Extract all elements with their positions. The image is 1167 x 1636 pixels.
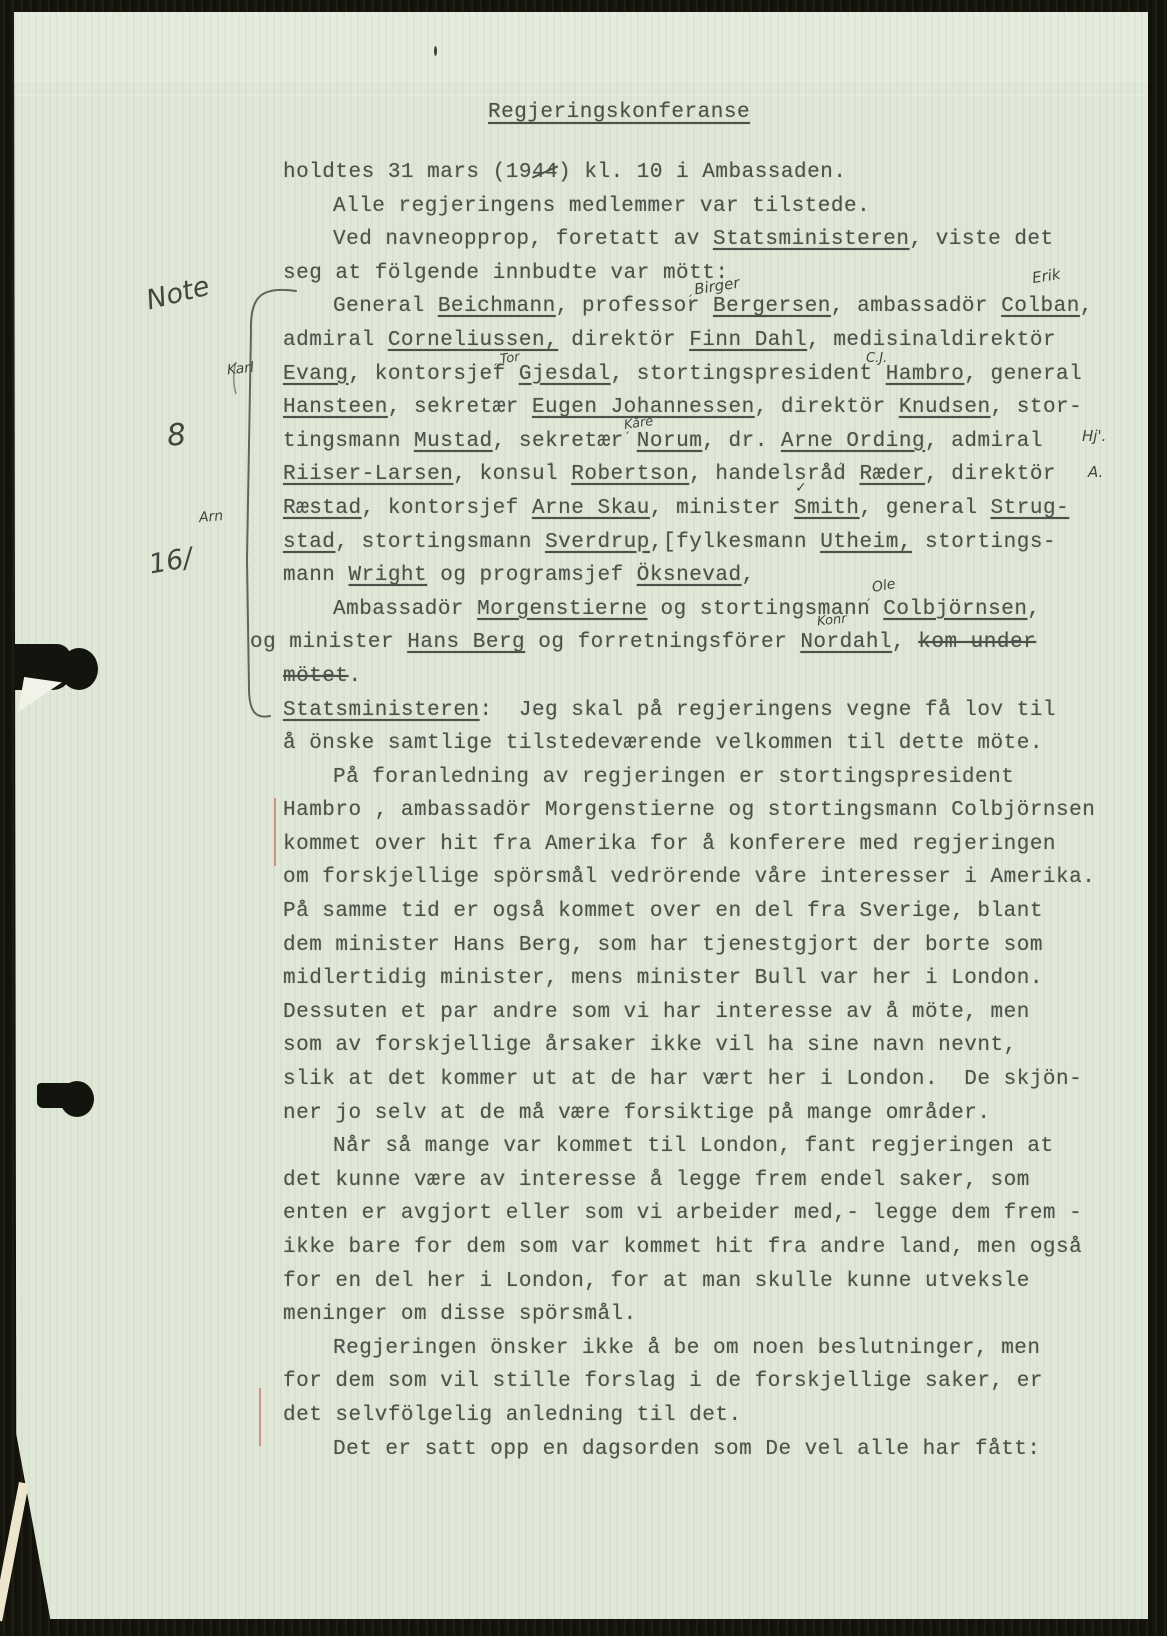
insertion-caret: ′ xyxy=(863,362,866,378)
typed-line: ikke bare for dem som var kommet hit fra… xyxy=(283,1231,1093,1265)
typed-line: På samme tid er også kommet over en del … xyxy=(283,895,1093,929)
typed-line: det kunne være av interesse å legge frem… xyxy=(283,1164,1093,1198)
insertion-caret: ′ xyxy=(689,293,692,309)
typed-line: Det er satt opp en dagsorden som De vel … xyxy=(283,1433,1093,1467)
red-margin-line xyxy=(274,798,276,866)
typed-line: det selvfölgelig anledning til det. xyxy=(283,1399,1093,1433)
hole-punch-mark xyxy=(60,1081,94,1117)
handwritten-checkmark: ✓ xyxy=(795,480,807,496)
typed-line: midlertidig minister, mens minister Bull… xyxy=(283,962,1093,996)
handwritten-first-name: Arn xyxy=(198,508,224,526)
insertion-caret: ′ xyxy=(626,430,629,446)
typed-line: Ræstad, kontorsjef Arne Skau, minister S… xyxy=(283,492,1093,526)
handwritten-first-name: Konr xyxy=(816,611,847,629)
typed-line: admiral Corneliussen, direktör Finn Dahl… xyxy=(283,324,1093,358)
typed-line: for en del her i London, for at man skul… xyxy=(283,1265,1093,1299)
ink-speck xyxy=(434,46,437,56)
typed-line: Regjeringen önsker ikke å be om noen bes… xyxy=(283,1332,1093,1366)
document-title: Regjeringskonferanse xyxy=(488,101,750,124)
typed-line: Dessuten et par andre som vi har interes… xyxy=(283,996,1093,1030)
hole-punch-mark xyxy=(60,648,98,690)
typed-line: slik at det kommer ut at de har vært her… xyxy=(283,1063,1093,1097)
typed-lines: holdtes 31 mars (1944) kl. 10 i Ambassad… xyxy=(283,156,1093,1466)
typed-line: holdtes 31 mars (1944) kl. 10 i Ambassad… xyxy=(283,156,1093,190)
handwritten-initials: Hj'. xyxy=(1082,427,1106,445)
red-margin-line xyxy=(259,1388,261,1446)
typed-line: Når så mange var kommet til London, fant… xyxy=(283,1130,1093,1164)
typed-line: Hambro , ambassadör Morgenstierne og sto… xyxy=(283,794,1093,828)
handwritten-initials: A. xyxy=(1088,463,1103,481)
typed-line: På foranledning av regjeringen er storti… xyxy=(283,761,1093,795)
insertion-caret: ′ xyxy=(867,597,870,613)
torn-paper-edge xyxy=(0,1482,29,1621)
typed-line: for dem som vil stille forslag i de fors… xyxy=(283,1365,1093,1399)
typed-line: Ved navneopprop, foretatt av Statsminist… xyxy=(283,223,1093,257)
typed-line: General Beichmann, professor Bergersen, … xyxy=(283,290,1093,324)
insertion-caret: ′ xyxy=(839,461,842,477)
insertion-caret: ′ xyxy=(549,461,552,477)
typed-line: mann Wright og programsjef Öksnevad, xyxy=(283,559,1093,593)
typed-line: Statsministeren: Jeg skal på regjeringen… xyxy=(283,694,1093,728)
typed-line: mötet. xyxy=(283,660,1093,694)
insertion-caret: ′ xyxy=(494,362,497,378)
handwritten-margin-number: 8 xyxy=(165,417,188,454)
typed-line: Alle regjeringens medlemmer var tilstede… xyxy=(283,190,1093,224)
handwritten-first-name: Karl xyxy=(226,360,254,379)
typed-line: meninger om disse spörsmål. xyxy=(283,1298,1093,1332)
typed-line: dem minister Hans Berg, som har tjenestg… xyxy=(283,929,1093,963)
paper-crease xyxy=(14,94,1148,96)
typed-line: Hansteen, sekretær Eugen Johannessen, di… xyxy=(283,391,1093,425)
typed-line: Evang, kontorsjef Gjesdal, stortingspres… xyxy=(283,358,1093,392)
typed-line: enten er avgjort eller som vi arbeider m… xyxy=(283,1197,1093,1231)
scanned-page: Regjeringskonferanse holdtes 31 mars (19… xyxy=(0,0,1167,1636)
typed-line: seg at fölgende innbudte var mött: xyxy=(283,257,1093,291)
typed-line: om forskjellige spörsmål vedrörende våre… xyxy=(283,861,1093,895)
handwritten-initials: C.J. xyxy=(866,351,887,366)
typed-line: og minister Hans Berg og forretningsföre… xyxy=(250,626,1093,660)
typed-line: ner jo selv at de må være forsiktige på … xyxy=(283,1097,1093,1131)
typed-line: stad, stortingsmann Sverdrup,[fylkesmann… xyxy=(283,526,1093,560)
handwritten-first-name: Tor xyxy=(499,350,521,368)
typed-line: Ambassadör Morgenstierne og stortingsman… xyxy=(283,593,1093,627)
typed-line: kommet over hit fra Amerika for å konfer… xyxy=(283,828,1093,862)
typed-line: som av forskjellige årsaker ikke vil ha … xyxy=(283,1029,1093,1063)
typed-line: tingsmann Mustad, sekretær Norum, dr. Ar… xyxy=(283,425,1093,459)
typed-line: Riiser-Larsen, konsul Robertson, handels… xyxy=(283,458,1093,492)
typed-line: å önske samtlige tilstedeværende velkomm… xyxy=(283,727,1093,761)
